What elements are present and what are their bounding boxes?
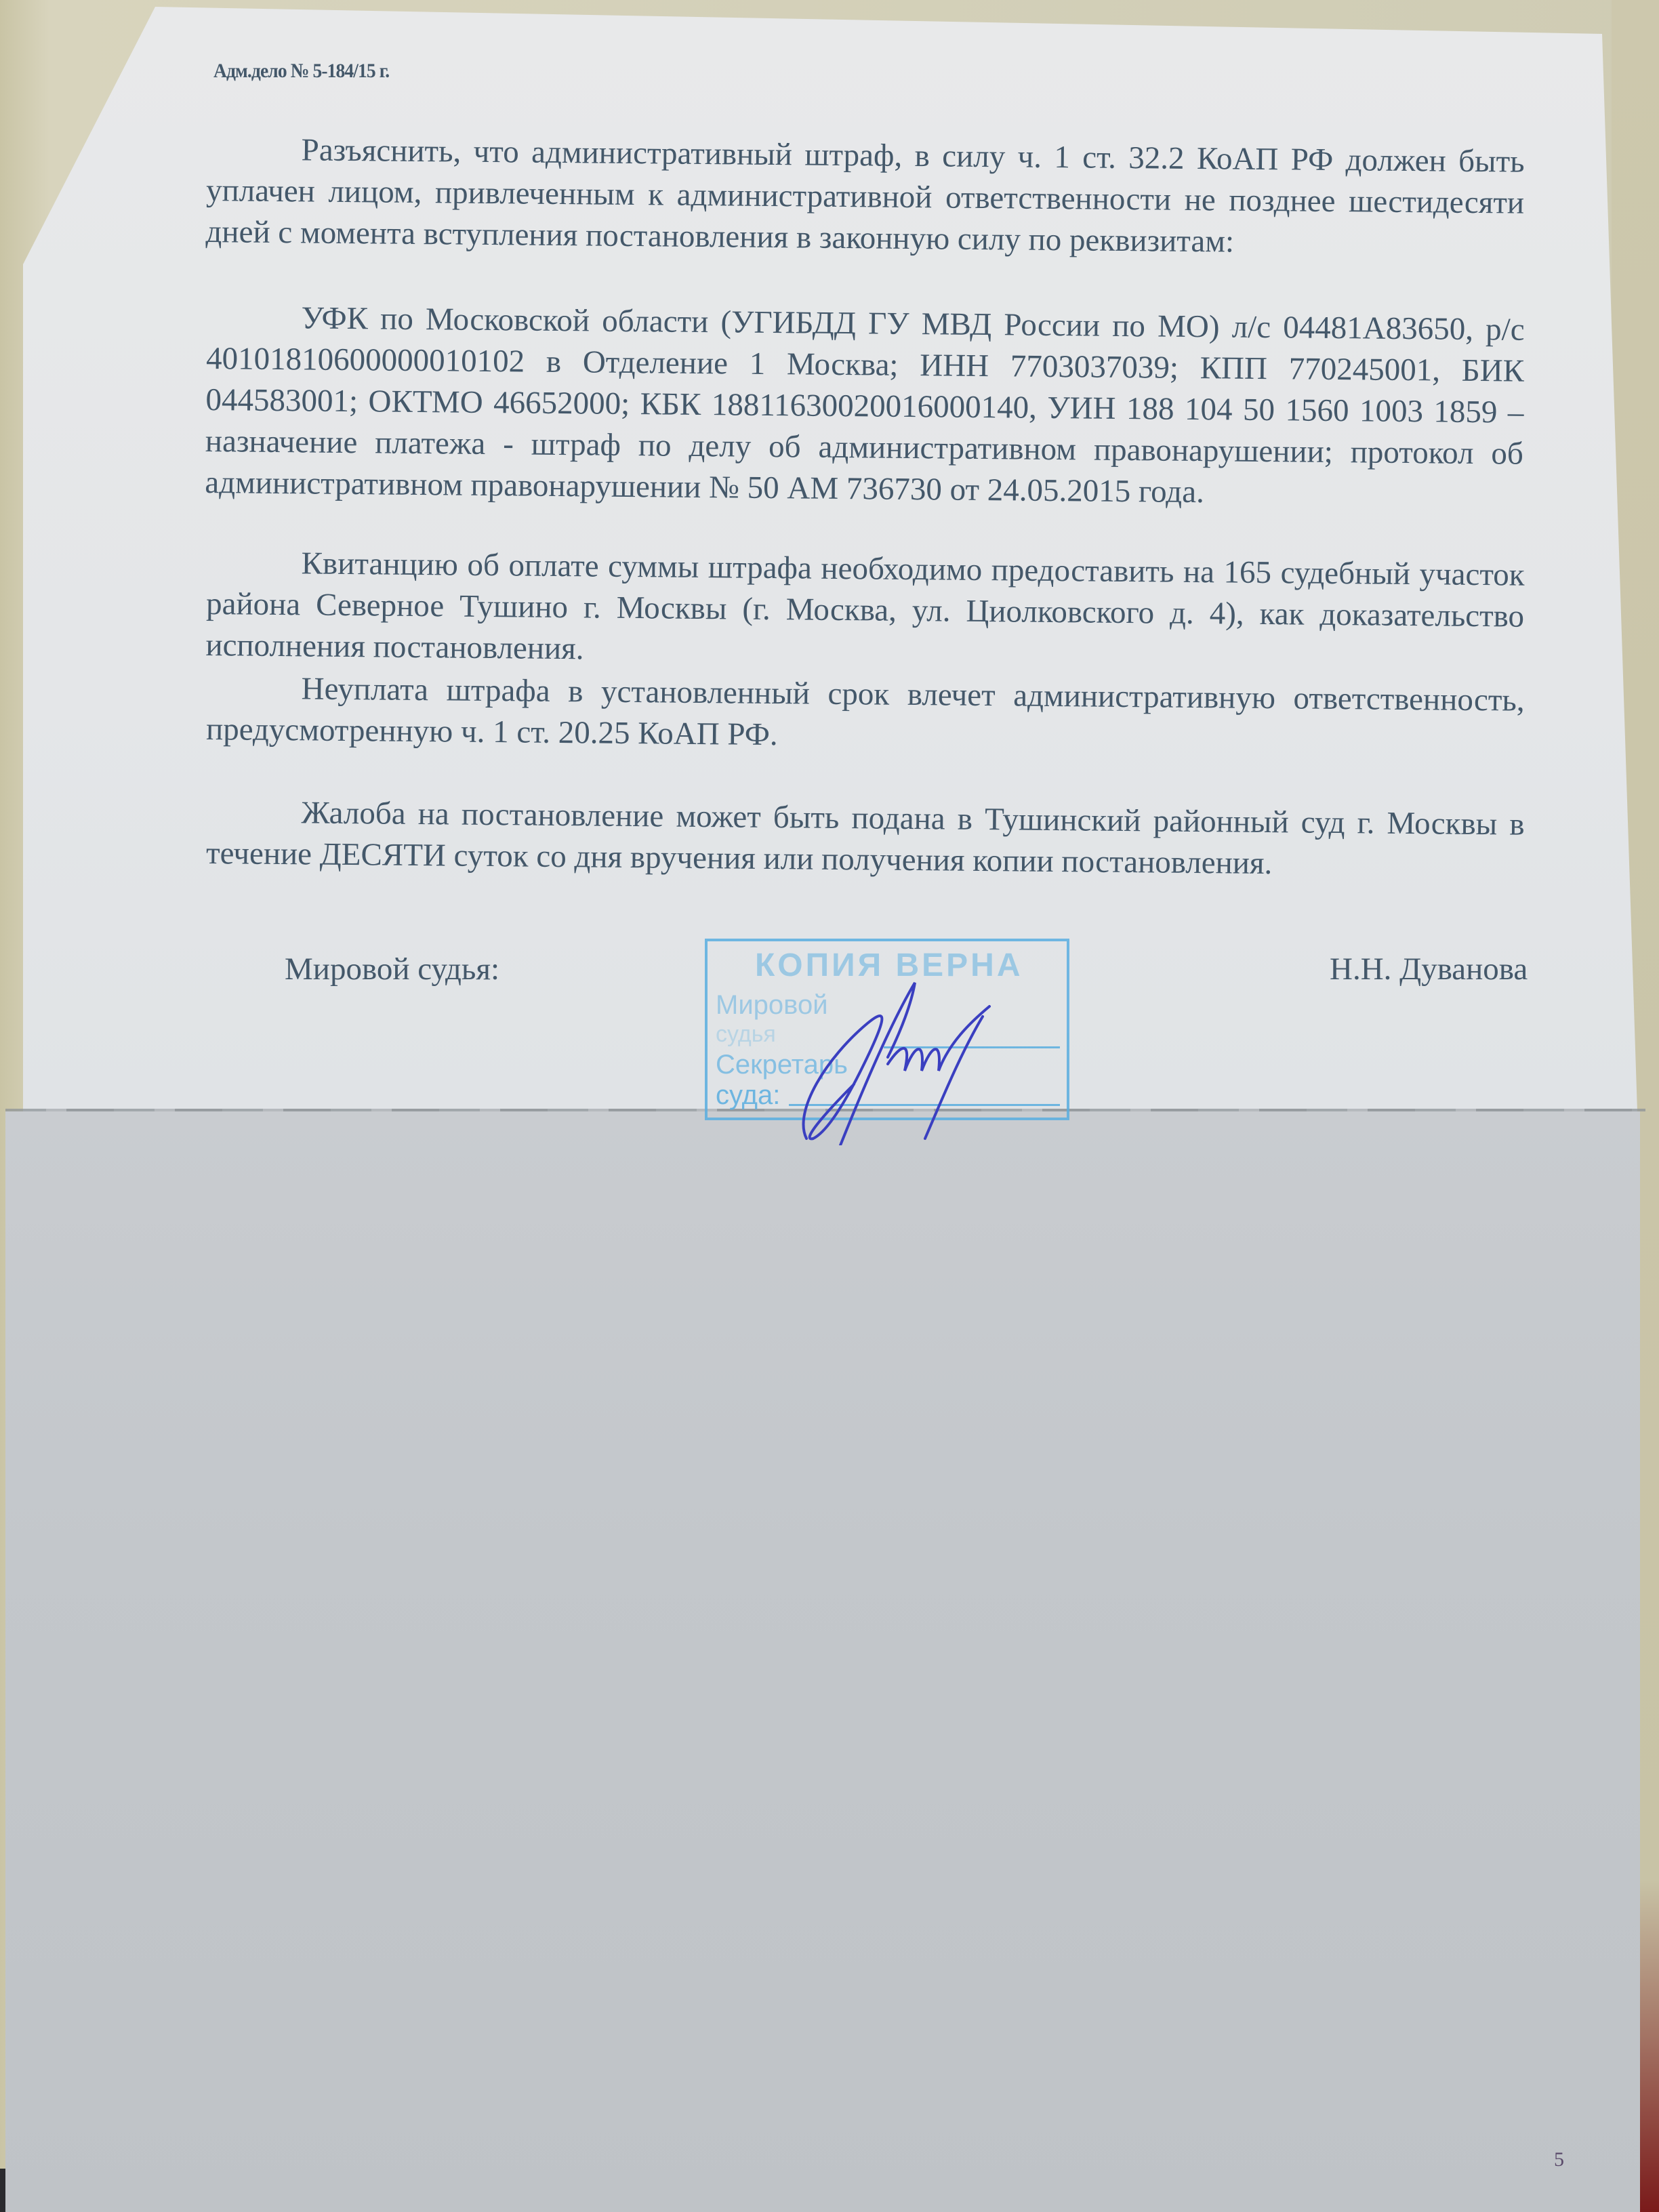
paragraph-payment-deadline: Разъяснить, что административный штраф, … [205, 129, 1525, 266]
stamp-line: судья [716, 1021, 776, 1048]
document-sheet-lower [5, 1111, 1640, 2212]
handwritten-signature-icon [786, 976, 1044, 1145]
stamp-line: суда: [716, 1080, 780, 1111]
paragraph-payment-details: УФК по Московской области (УГИБДД ГУ МВД… [205, 297, 1525, 516]
judge-name: Н.Н. Дуванова [1330, 951, 1528, 987]
paragraph-receipt-instructions: Квитанцию об оплате суммы штрафа необход… [205, 542, 1525, 679]
judge-label: Мировой судья: [285, 951, 499, 987]
page-number: 5 [1554, 2148, 1564, 2171]
case-number: Адм.дело № 5-184/15 г. [213, 60, 389, 83]
paragraph-nonpayment-liability: Неуплата штрафа в установленный срок вле… [206, 668, 1525, 763]
paragraph-appeal-info: Жалоба на постановление может быть подан… [206, 792, 1525, 887]
